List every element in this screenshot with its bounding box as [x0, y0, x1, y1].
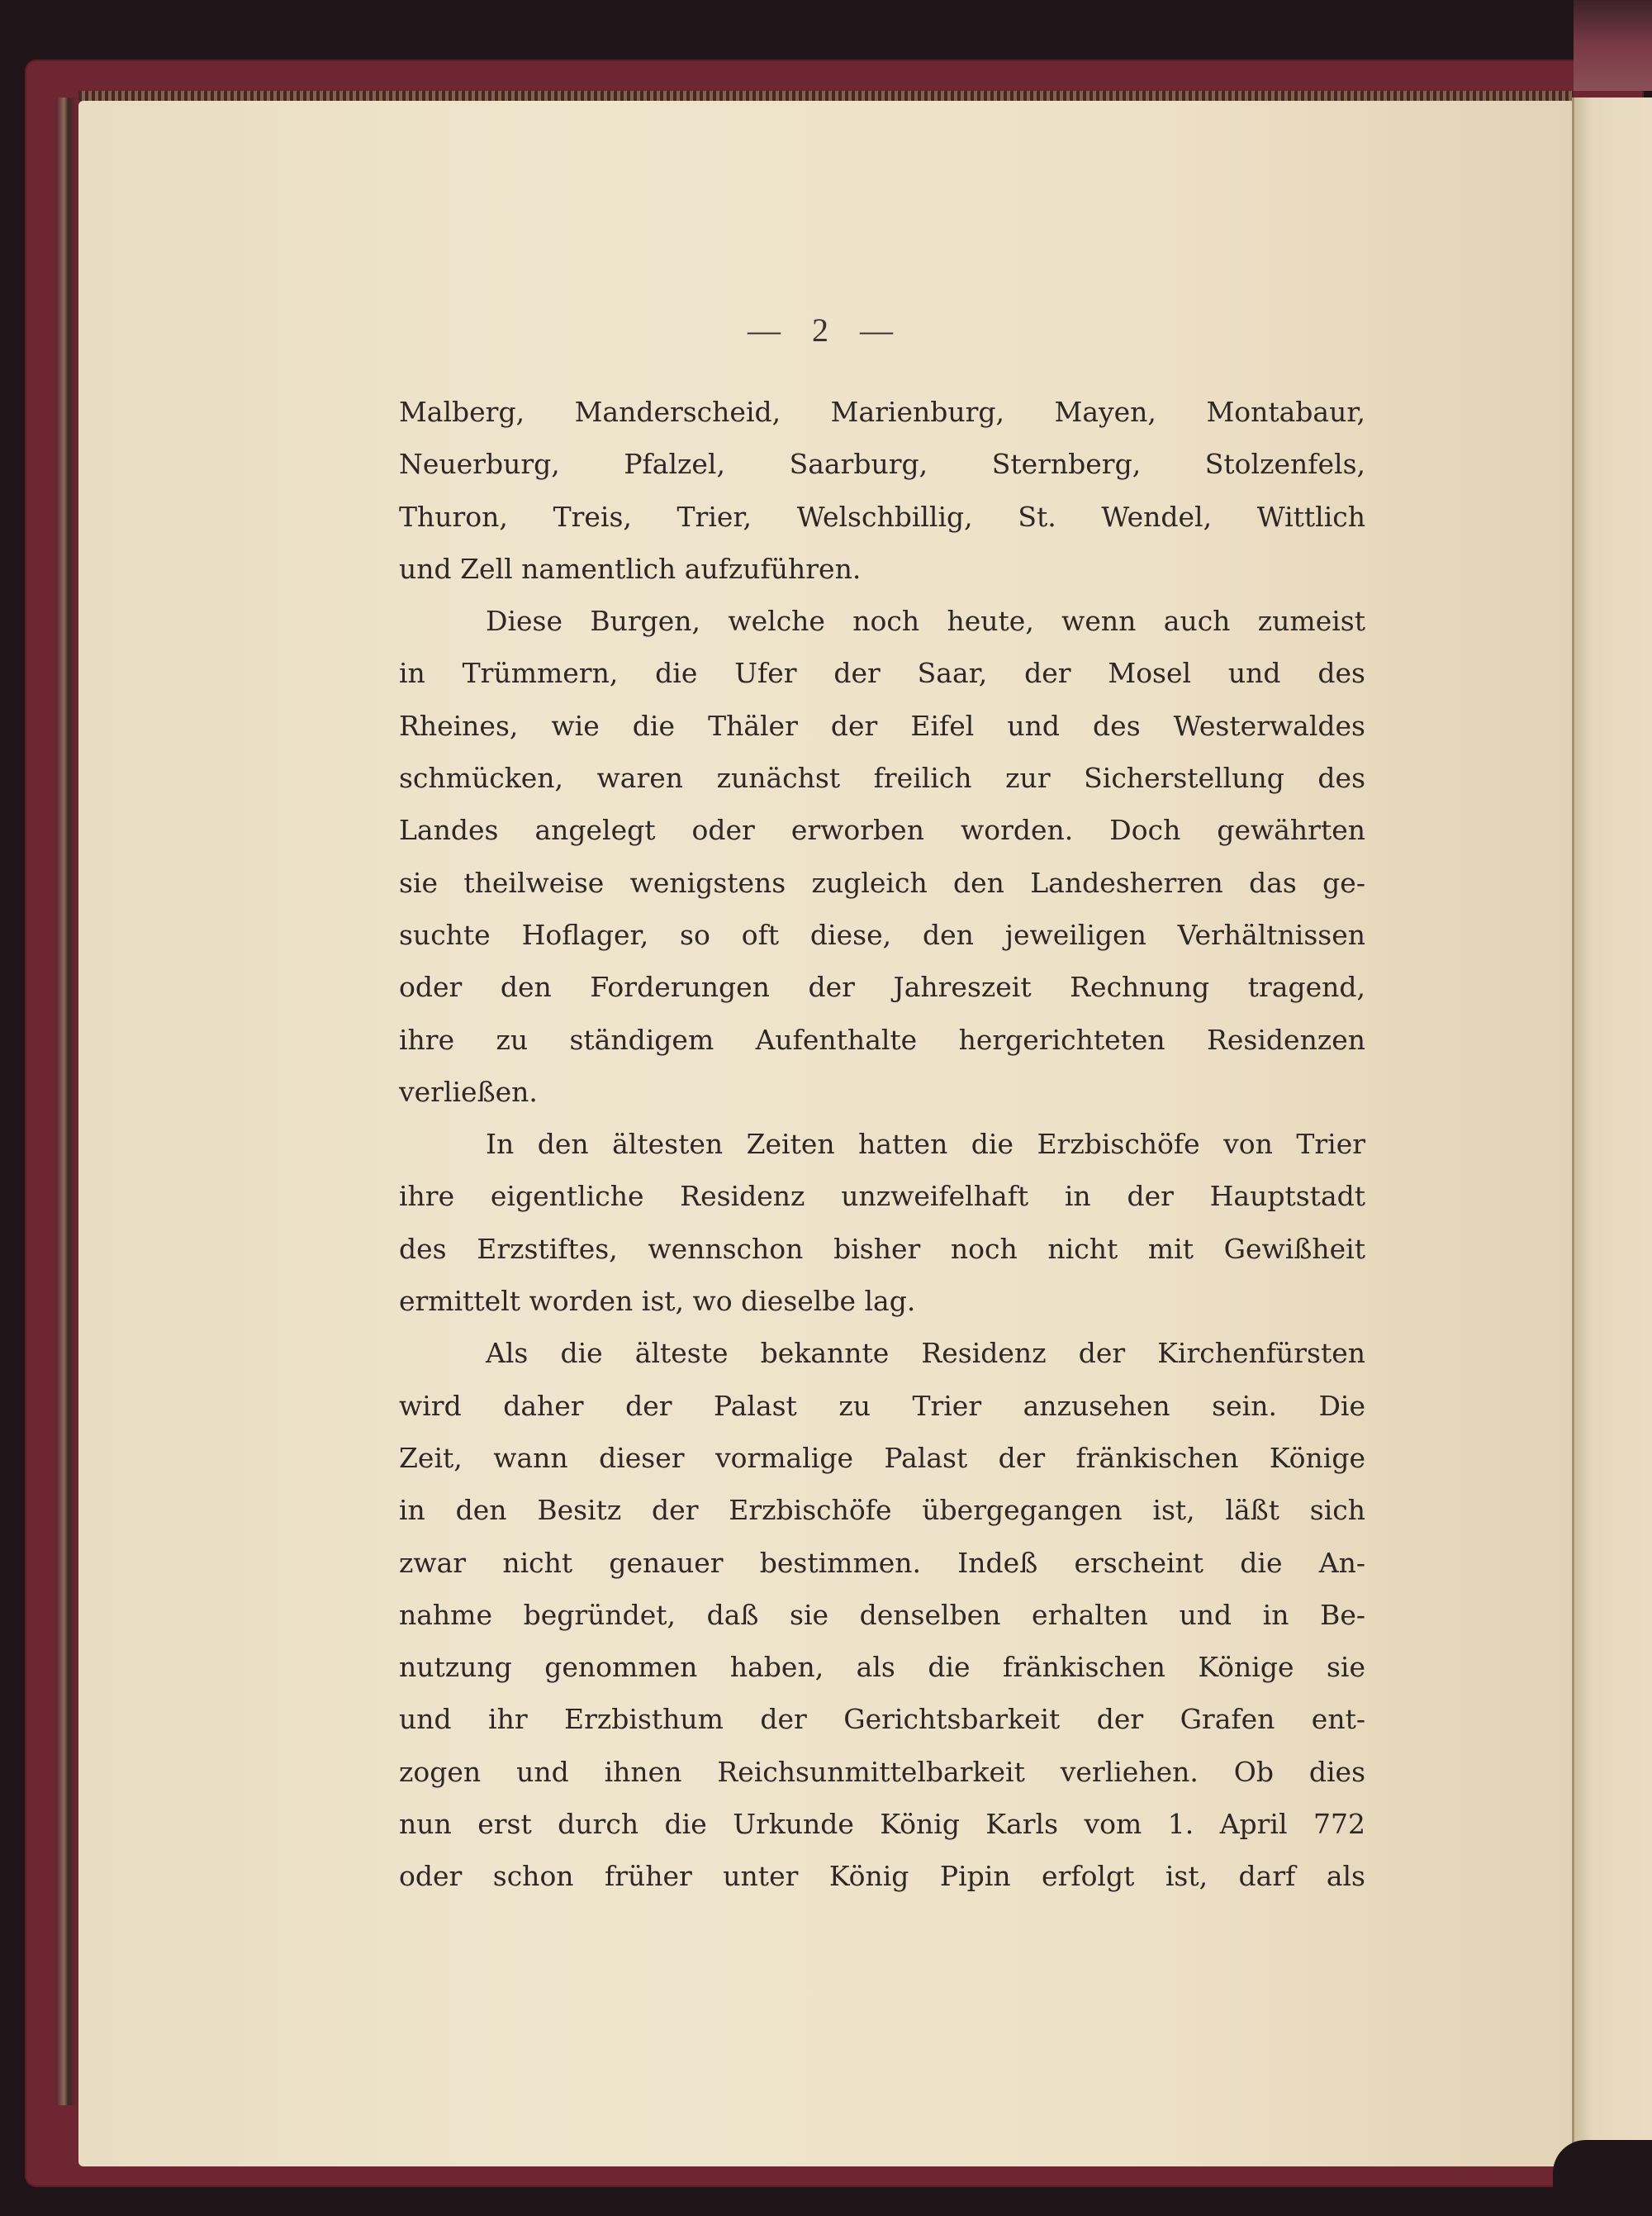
text-line: des Erzstiftes, wennschon bisher noch ni…: [399, 1223, 1365, 1275]
text-line: Zeit, wann dieser vormalige Palast der f…: [399, 1432, 1365, 1484]
text-line: Malberg, Manderscheid, Marienburg, Mayen…: [399, 386, 1365, 438]
corner-shadow: [1553, 2140, 1652, 2216]
text-line: oder schon früher unter König Pipin erfo…: [399, 1850, 1365, 1902]
body-text: Malberg, Manderscheid, Marienburg, Mayen…: [399, 386, 1365, 1903]
text-line: zwar nicht genauer bestimmen. Indeß ersc…: [399, 1537, 1365, 1589]
text-line: nahme begründet, daß sie denselben erhal…: [399, 1589, 1365, 1641]
paragraph-start-line: Diese Burgen, welche noch heute, wenn au…: [399, 595, 1365, 647]
text-line: wird daher der Palast zu Trier anzusehen…: [399, 1380, 1365, 1432]
text-line: zogen und ihnen Reichsunmittelbarkeit ve…: [399, 1746, 1365, 1798]
text-line: nun erst durch die Urkunde König Karls v…: [399, 1798, 1365, 1850]
page-gutter: [1572, 97, 1574, 2188]
next-page-sliver: [1574, 97, 1652, 2180]
page-edge-left: [56, 97, 76, 2105]
text-line: verließen.: [399, 1066, 1365, 1118]
text-line: oder den Forderungen der Jahreszeit Rech…: [399, 961, 1365, 1013]
paragraph-start-line: In den ältesten Zeiten hatten die Erzbis…: [399, 1118, 1365, 1170]
book-cover-corner: [1574, 0, 1652, 91]
text-line: ihre eigentliche Residenz unzweifelhaft …: [399, 1170, 1365, 1222]
text-line: schmücken, waren zunächst freilich zur S…: [399, 752, 1365, 804]
text-line: sie theilweise wenigstens zugleich den L…: [399, 857, 1365, 909]
text-line: nutzung genommen haben, als die fränkisc…: [399, 1641, 1365, 1693]
paragraph-start-line: Als die älteste bekannte Residenz der Ki…: [399, 1327, 1365, 1379]
text-line: in den Besitz der Erzbischöfe übergegang…: [399, 1484, 1365, 1536]
text-line: Rheines, wie die Thäler der Eifel und de…: [399, 700, 1365, 752]
text-line: ihre zu ständigem Aufenthalte hergericht…: [399, 1014, 1365, 1066]
text-line: Neuerburg, Pfalzel, Saarburg, Sternberg,…: [399, 438, 1365, 490]
text-line: und ihr Erzbisthum der Gerichtsbarkeit d…: [399, 1693, 1365, 1745]
text-line: ermittelt worden ist, wo dieselbe lag.: [399, 1275, 1365, 1327]
page-number: — 2 —: [0, 311, 1652, 350]
text-line: suchte Hoflager, so oft diese, den jewei…: [399, 909, 1365, 961]
text-line: und Zell namentlich aufzuführen.: [399, 543, 1365, 595]
text-line: in Trümmern, die Ufer der Saar, der Mose…: [399, 647, 1365, 699]
text-line: Thuron, Treis, Trier, Welschbillig, St. …: [399, 491, 1365, 543]
text-line: Landes angelegt oder erworben worden. Do…: [399, 804, 1365, 856]
headband: [78, 91, 1574, 101]
